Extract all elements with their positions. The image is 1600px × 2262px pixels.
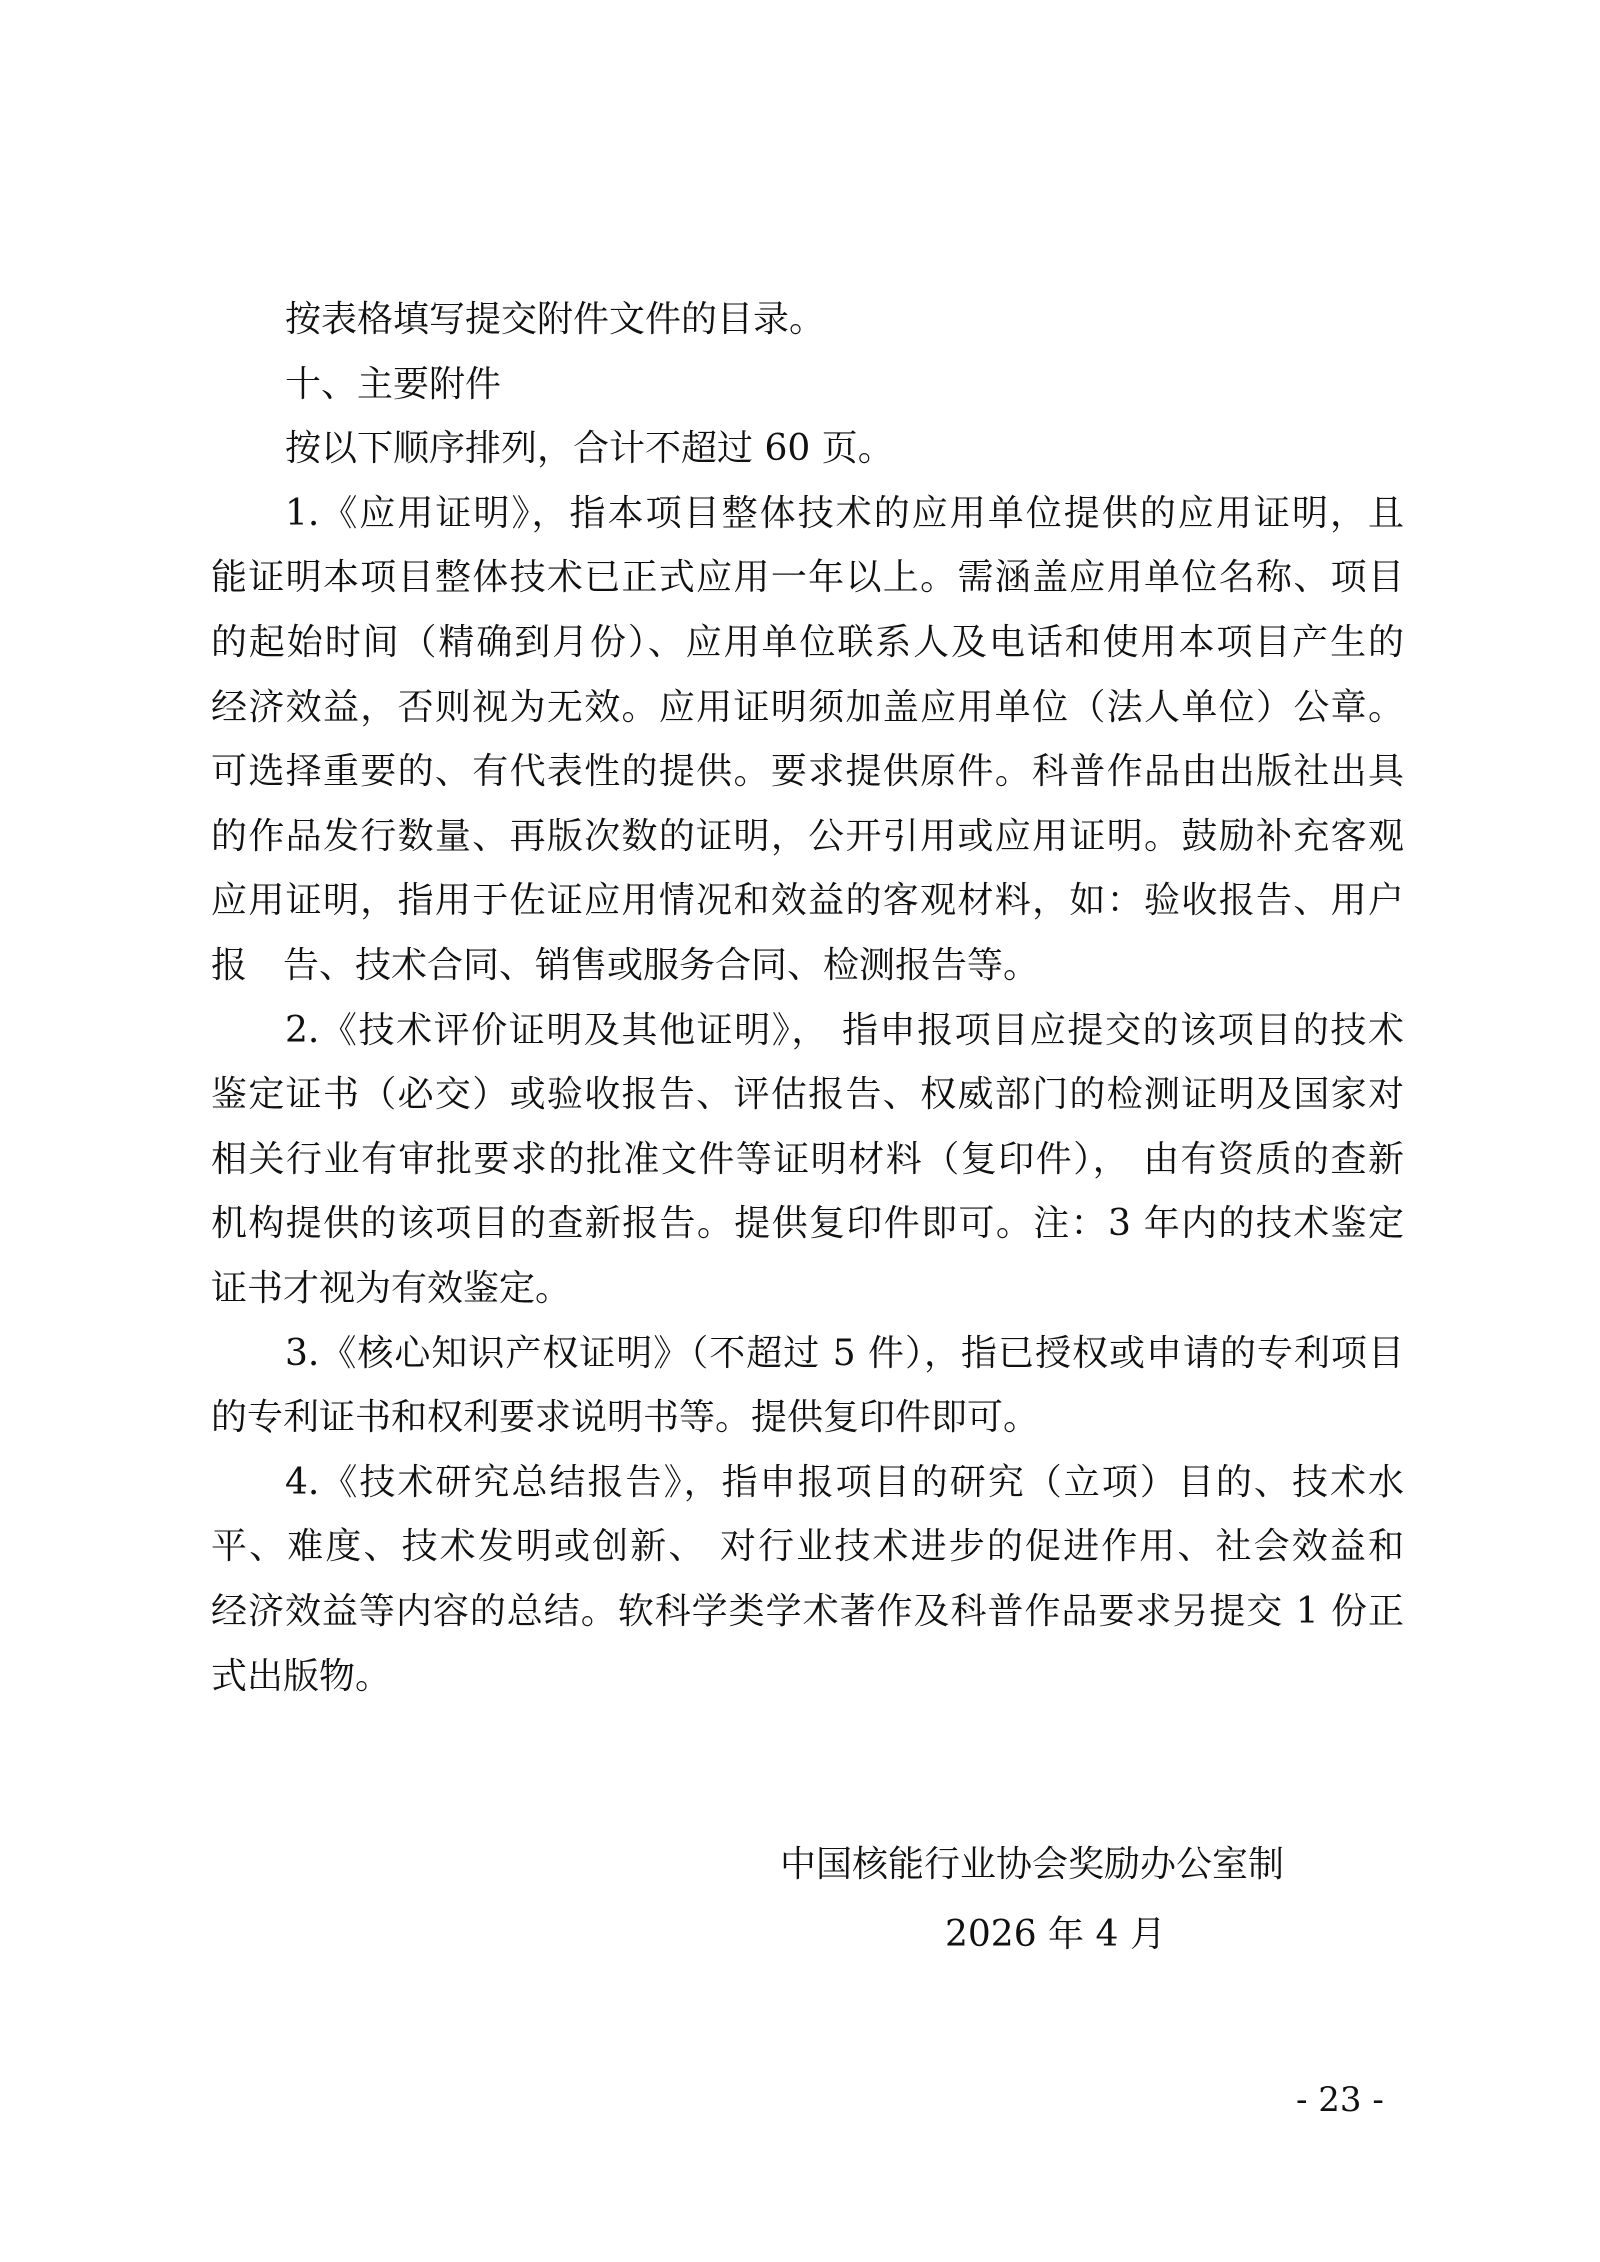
text-line: 4.《技术研究总结报告》，指申报项目的研究（立项）目的、技术水 xyxy=(285,1461,1404,1505)
issuer-signature: 中国核能行业协会奖励办公室制 xyxy=(780,1843,1284,1887)
text-line: 按以下顺序排列，合计不超过 60 页。 xyxy=(285,427,1404,471)
text-line: 经济效益，否则视为无效。应用证明须加盖应用单位（法人单位）公章。 xyxy=(211,686,1404,730)
text-line: 报 告、技术合同、销售或服务合同、检测报告等。 xyxy=(211,944,1404,988)
text-line: 的起始时间（精确到月份）、应用单位联系人及电话和使用本项目产生的 xyxy=(211,621,1404,665)
page-number: - 23 - xyxy=(1296,2080,1384,2120)
text-line: 按表格填写提交附件文件的目录。 xyxy=(285,298,1404,342)
text-line: 3.《核心知识产权证明》（不超过 5 件），指已授权或申请的专利项目 xyxy=(285,1332,1404,1376)
text-line: 可选择重要的、有代表性的提供。要求提供原件。科普作品由出版社出具 xyxy=(211,750,1404,794)
text-line: 平、难度、技术发明或创新、 对行业技术进步的促进作用、社会效益和 xyxy=(211,1525,1404,1569)
text-line: 的作品发行数量、再版次数的证明，公开引用或应用证明。鼓励补充客观 xyxy=(211,815,1404,859)
issue-date: 2026 年 4 月 xyxy=(945,1913,1166,1957)
text-line: 十、主要附件 xyxy=(285,363,1404,407)
text-line: 应用证明，指用于佐证应用情况和效益的客观材料，如：验收报告、用户 xyxy=(211,879,1404,923)
text-line: 相关行业有审批要求的批准文件等证明材料（复印件）， 由有资质的查新 xyxy=(211,1138,1404,1182)
text-line: 2.《技术评价证明及其他证明》， 指申报项目应提交的该项目的技术 xyxy=(285,1009,1404,1053)
text-line: 式出版物。 xyxy=(211,1655,1404,1699)
text-line: 机构提供的该项目的查新报告。提供复印件即可。注：3 年内的技术鉴定 xyxy=(211,1202,1404,1246)
text-line: 经济效益等内容的总结。软科学类学术著作及科普作品要求另提交 1 份正 xyxy=(211,1590,1404,1634)
text-line: 鉴定证书（必交）或验收报告、评估报告、权威部门的检测证明及国家对 xyxy=(211,1073,1404,1117)
text-line: 证书才视为有效鉴定。 xyxy=(211,1267,1404,1311)
text-line: 1.《应用证明》，指本项目整体技术的应用单位提供的应用证明，且 xyxy=(285,492,1404,536)
text-line: 能证明本项目整体技术已正式应用一年以上。需涵盖应用单位名称、项目 xyxy=(211,556,1404,600)
text-line: 的专利证书和权利要求说明书等。提供复印件即可。 xyxy=(211,1396,1404,1440)
